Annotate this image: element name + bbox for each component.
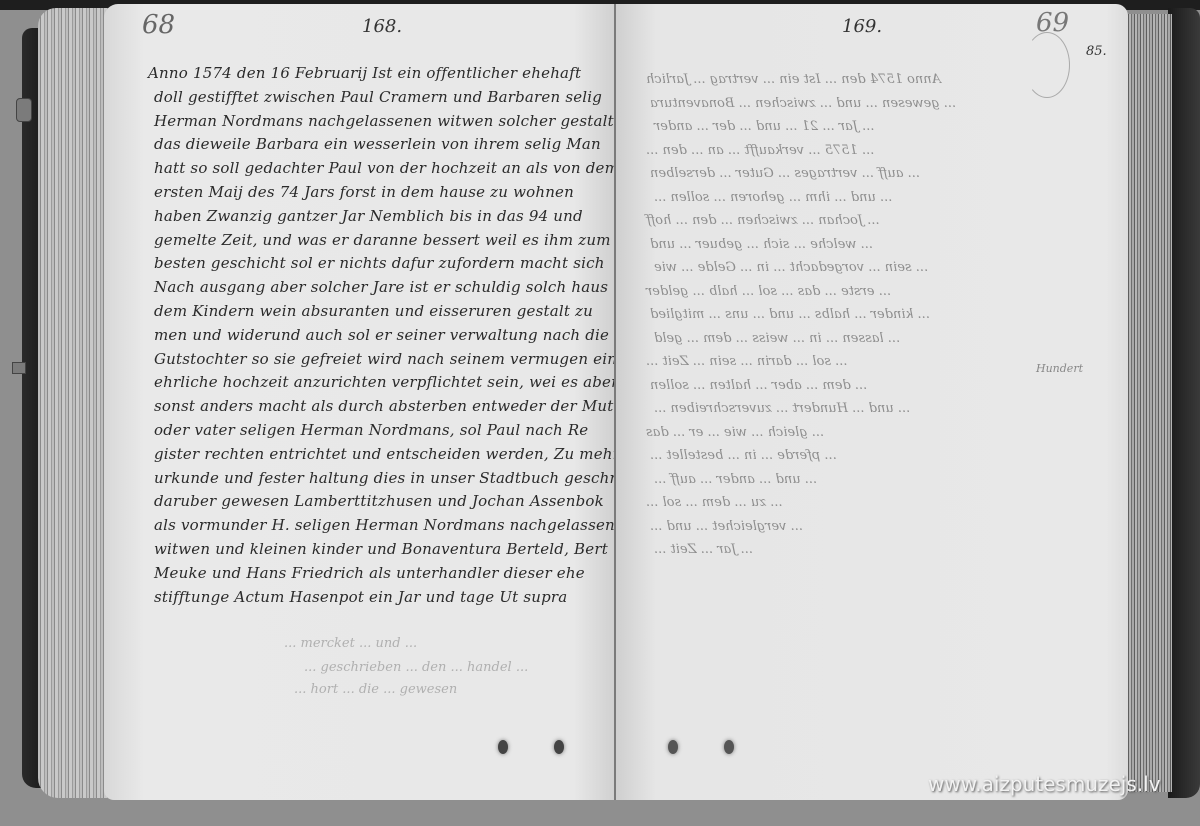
manuscript-line: sonst anders macht als durch absterben e… xyxy=(154,397,636,415)
mirrored-bleed-through-line: ... erste ... das ... sol ... halb ... g… xyxy=(646,284,891,299)
mirrored-bleed-through-line: ... pferde ... in ... bestellet ... xyxy=(650,448,837,463)
mirrored-bleed-through-line: ... auff ... vertrages ... Guter ... der… xyxy=(650,166,920,181)
manuscript-line: witwen und kleinen kinder und Bonaventur… xyxy=(154,540,608,558)
book-cover-right xyxy=(1168,8,1200,798)
manuscript-line: gister rechten entrichtet und entscheide… xyxy=(154,445,636,463)
folio-alt-right: 85. xyxy=(1086,44,1107,59)
mirrored-bleed-through-line: ... kinder ... halbs ... und ... uns ...… xyxy=(650,307,930,322)
manuscript-line: urkunde und fester haltung dies in unser… xyxy=(154,469,660,487)
mirrored-bleed-through-line: ... und ... ihm ... gehoren ... sollen .… xyxy=(654,190,892,205)
mirrored-bleed-through-line: ... Jar ... Zeit ... xyxy=(654,542,753,557)
binding-hole xyxy=(724,740,734,754)
manuscript-line: dem Kindern wein absuranten und eisserur… xyxy=(154,302,593,320)
page-edges-left xyxy=(38,8,110,798)
pencil-circle-mark xyxy=(1024,32,1070,98)
mirrored-bleed-through-line: ... gewesen ... und ... zwischen ... Bon… xyxy=(650,96,956,111)
folio-ink-left: 168. xyxy=(362,16,402,37)
mirrored-bleed-through-line: ... gleich ... wie ... er ... das xyxy=(646,425,824,440)
bleed-through-line: ... mercket ... und ... xyxy=(284,636,417,651)
manuscript-line: men und widerund auch sol er seiner verw… xyxy=(154,326,609,344)
manuscript-line: das dieweile Barbara ein wesserlein von … xyxy=(154,135,601,153)
mirrored-bleed-through-line: ... sein ... vorgedacht ... in ... Gelde… xyxy=(654,260,928,275)
clasp-remnant-bottom xyxy=(12,362,26,374)
watermark: www.aizputesmuzejs.lv xyxy=(928,772,1161,796)
mirrored-bleed-through-line: ... und ... Hundert ... zuverschreiben .… xyxy=(654,401,910,416)
manuscript-line: besten geschicht sol er nichts dafur zuf… xyxy=(154,254,605,272)
bleed-through-line: ... hort ... die ... gewesen xyxy=(294,682,457,697)
manuscript-line: Gutstochter so sie gefreiet wird nach se… xyxy=(154,350,617,368)
manuscript-line: doll gestifftet zwischen Paul Cramern un… xyxy=(154,88,602,106)
manuscript-line: stifftunge Actum Hasenpot ein Jar und ta… xyxy=(154,588,567,606)
manuscript-line: ehrliche hochzeit anzurichten verpflicht… xyxy=(154,373,618,391)
manuscript-line: ersten Maij des 74 Jars forst in dem hau… xyxy=(154,183,574,201)
folio-ink-right: 169. xyxy=(842,16,882,37)
manuscript-line: haben Zwanzig gantzer Jar Nemblich bis i… xyxy=(154,207,583,225)
mirrored-bleed-through-line: ... lassen ... in ... weiss ... dem ... … xyxy=(654,331,900,346)
mirrored-bleed-through-line: Anno 1574 den ... Ist ein ... vertrag ..… xyxy=(646,72,941,87)
mirrored-bleed-through-line: ... welche ... sich ... gebuer ... und xyxy=(650,237,873,252)
mirrored-bleed-through-line: ... und ... ander ... auff ... xyxy=(654,472,817,487)
manuscript-line: hatt so soll gedachter Paul von der hoch… xyxy=(154,159,619,177)
manuscript-line: als vormunder H. seligen Herman Nordmans… xyxy=(154,516,634,534)
mirrored-bleed-through-line: ... vergleichet ... und ... xyxy=(650,519,803,534)
margin-note: Hundert xyxy=(1036,362,1083,375)
manuscript-line: daruber gewesen Lamberttitzhusen und Joc… xyxy=(154,492,604,510)
manuscript-line: gemelte Zeit, und was er daranne bessert… xyxy=(154,231,611,249)
binding-hole xyxy=(668,740,678,754)
clasp-remnant-top xyxy=(16,98,32,122)
manuscript-line: Herman Nordmans nachgelassenen witwen so… xyxy=(154,112,614,130)
binding-hole xyxy=(498,740,508,754)
mirrored-bleed-through-line: ... 1575 ... verkaufft ... an ... den ..… xyxy=(646,143,874,158)
mirrored-bleed-through-line: ... Jochan ... zwischen ... den ... hoff xyxy=(646,213,880,228)
left-page: 68 168. Anno 1574 den 16 Februarij Ist e… xyxy=(104,4,616,800)
page-edges-right xyxy=(1126,14,1172,792)
bleed-through-line: ... geschrieben ... den ... handel ... xyxy=(304,660,528,675)
manuscript-line: oder vater seligen Herman Nordmans, sol … xyxy=(154,421,588,439)
mirrored-bleed-through-line: ... dem ... aber ... halten ... sollen xyxy=(650,378,867,393)
manuscript-line: Anno 1574 den 16 Februarij Ist ein offen… xyxy=(148,64,581,82)
manuscript-line: Nach ausgang aber solcher Jare ist er sc… xyxy=(154,278,678,296)
manuscript-line: Meuke und Hans Friedrich als unterhandle… xyxy=(154,564,585,582)
mirrored-bleed-through-line: ... Jar ... 21 ... und ... der ... ander xyxy=(654,119,875,134)
mirrored-bleed-through-line: ... sol ... darin ... sein ... Zeit ... xyxy=(646,354,848,369)
right-page: 169. 69 85. Anno 1574 den ... Ist ein ..… xyxy=(616,4,1128,800)
folio-pencil-left: 68 xyxy=(142,10,175,40)
binding-hole xyxy=(554,740,564,754)
mirrored-bleed-through-line: ... zu ... dem ... sol ... xyxy=(646,495,783,510)
